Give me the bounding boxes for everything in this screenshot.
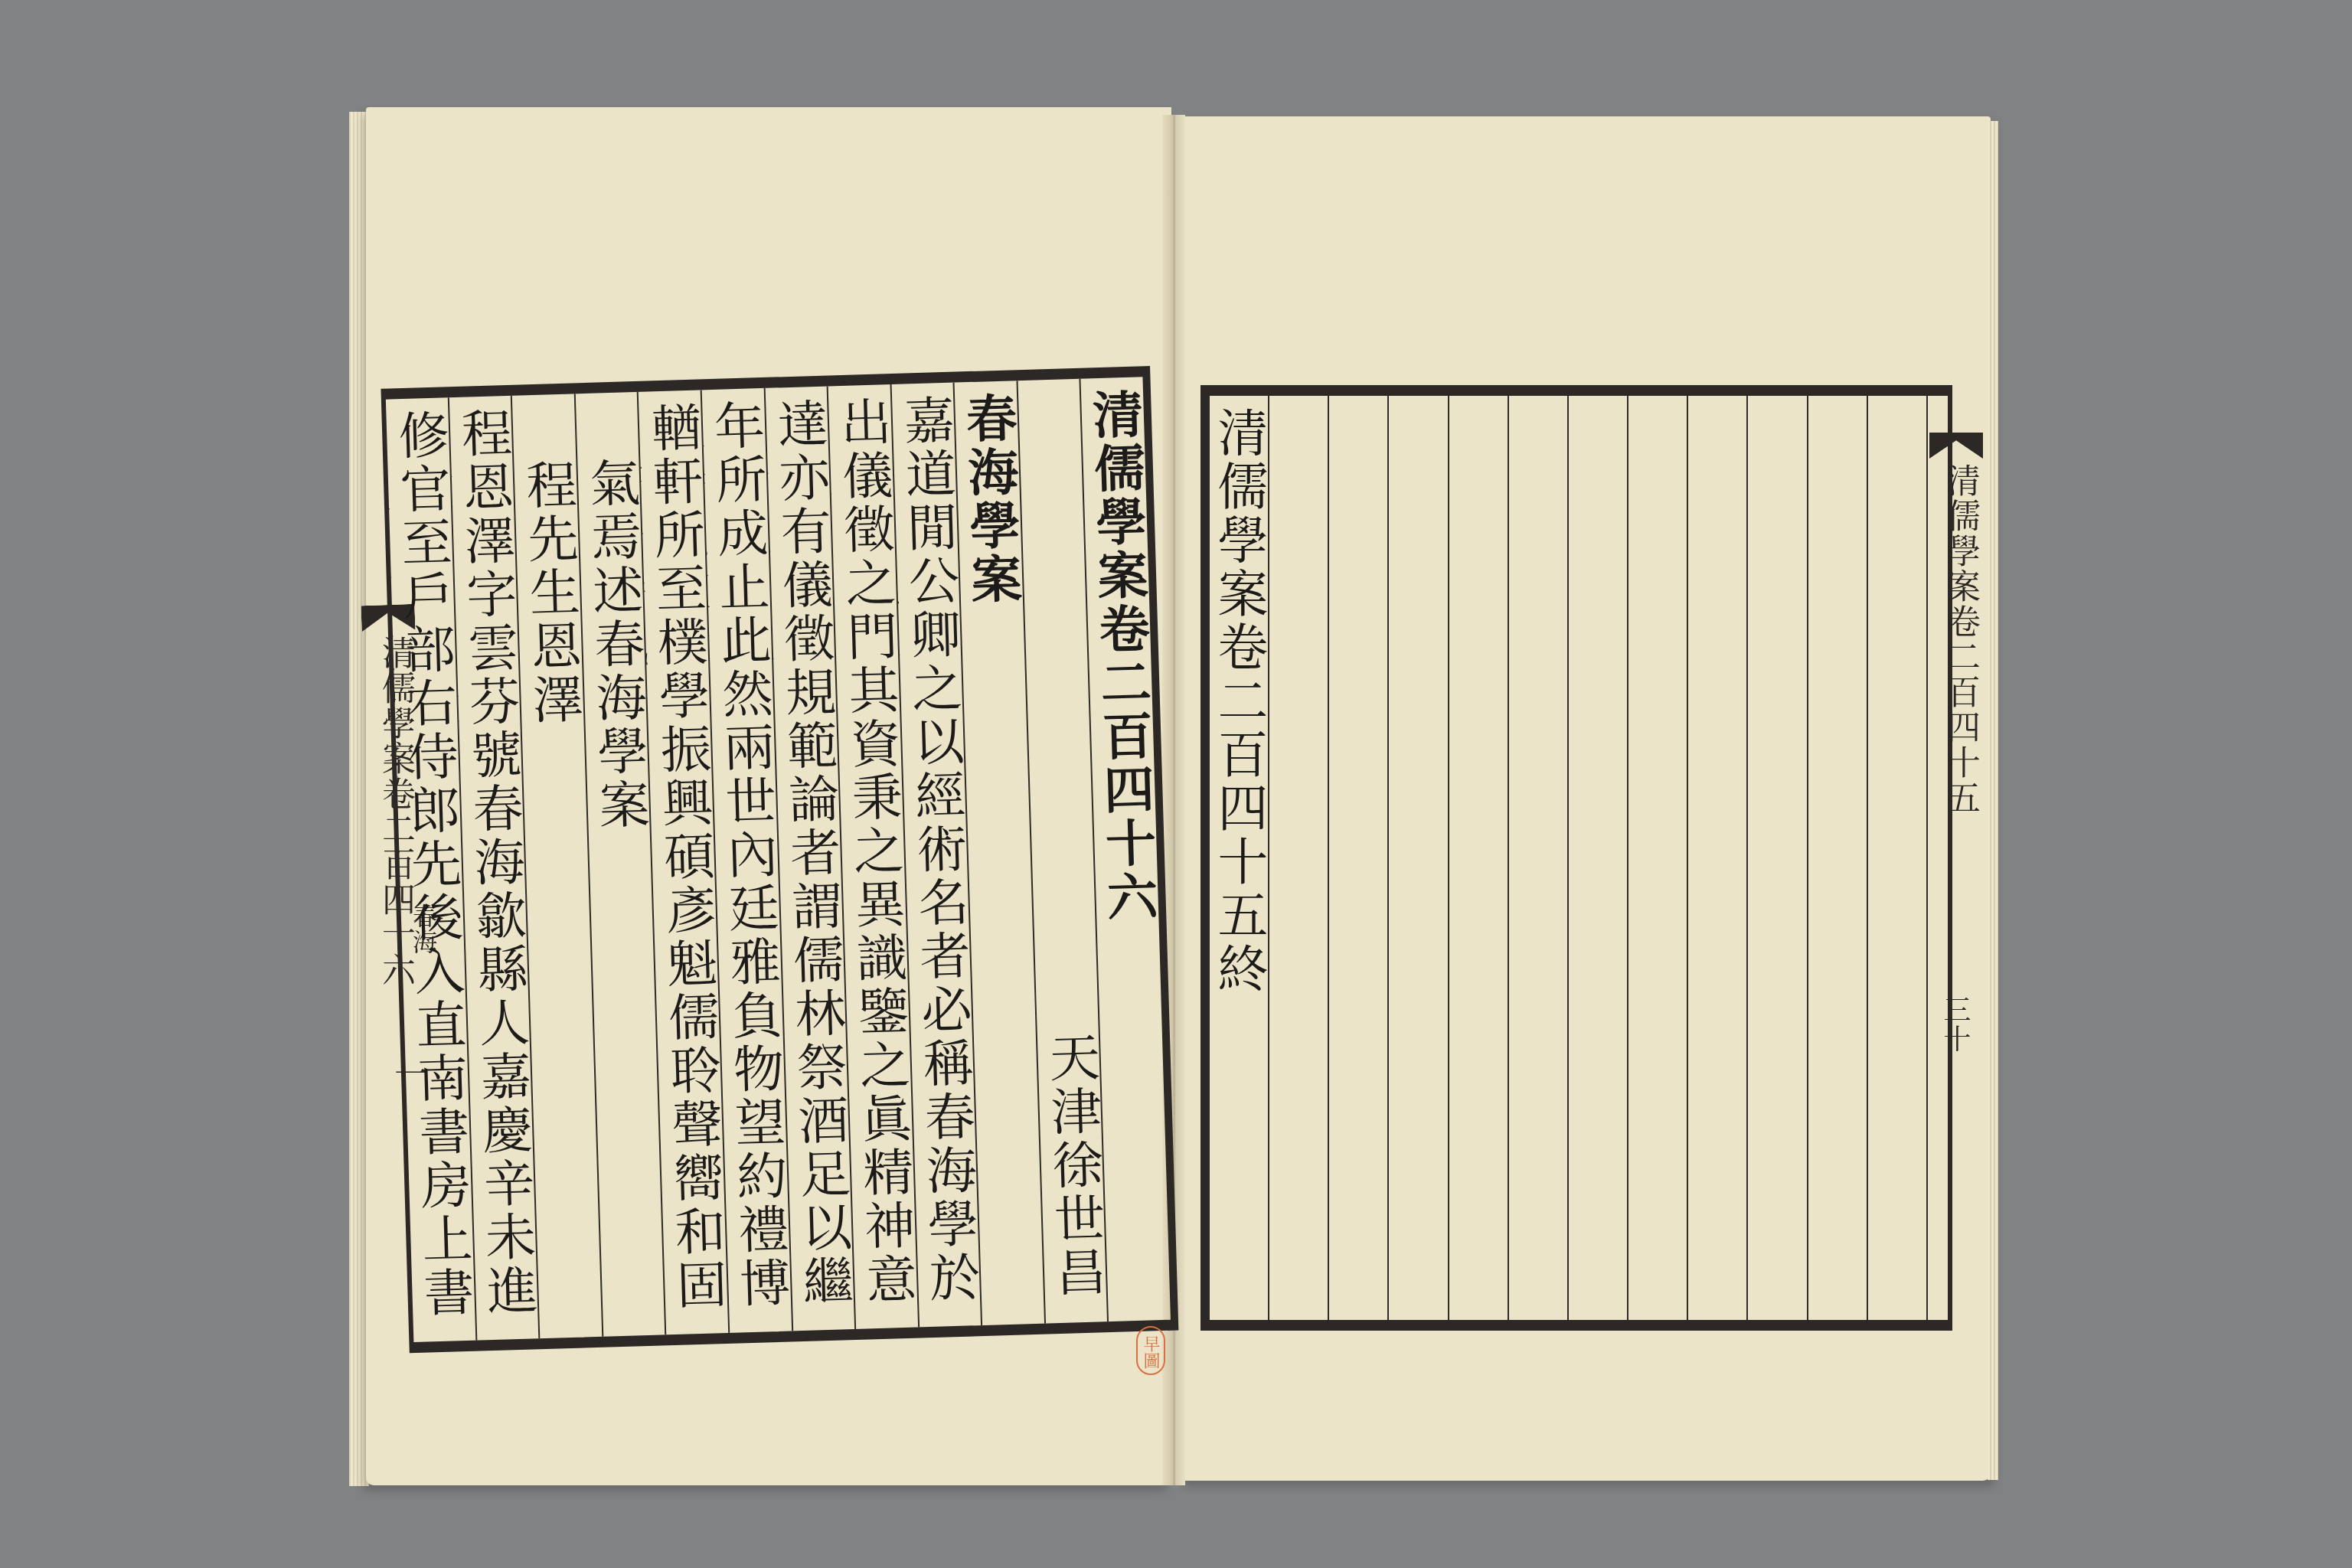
volume-end-column: 清儒學案卷二百四十五終 [1210,396,1268,1320]
right-folio-number: 三十 [1935,995,1975,1053]
blank-column [1387,396,1447,1320]
blank-column [1448,396,1508,1320]
blank-column [1746,396,1806,1320]
right-page-text-frame: 清儒學案卷二百四十五終 [1200,385,1952,1331]
right-fore-edge-title: 清儒學案卷二百四十五 [1935,463,1984,815]
blank-column [1867,396,1926,1320]
volume-end-title: 清儒學案卷二百四十五終 [1210,407,1268,996]
red-collector-seal: 早圖 [1136,1326,1165,1375]
section-title: 春海學案 [957,391,1023,607]
blank-column [1508,396,1567,1320]
left-page-text-frame: 清儒學案卷二百四十六 天津徐世昌 春海學案 嘉道閒公卿之以經術名者必稱春海學於淩… [381,366,1178,1353]
blank-column [1328,396,1387,1320]
blank-column [1268,396,1328,1320]
right-fore-edge [1988,121,1998,1480]
blank-column [1687,396,1746,1320]
volume-title: 清儒學案卷二百四十六 [1083,387,1159,925]
author-name: 天津徐世昌 [1039,1031,1106,1300]
blank-column [1807,396,1867,1320]
blank-column [1627,396,1687,1320]
blank-column [1567,396,1627,1320]
